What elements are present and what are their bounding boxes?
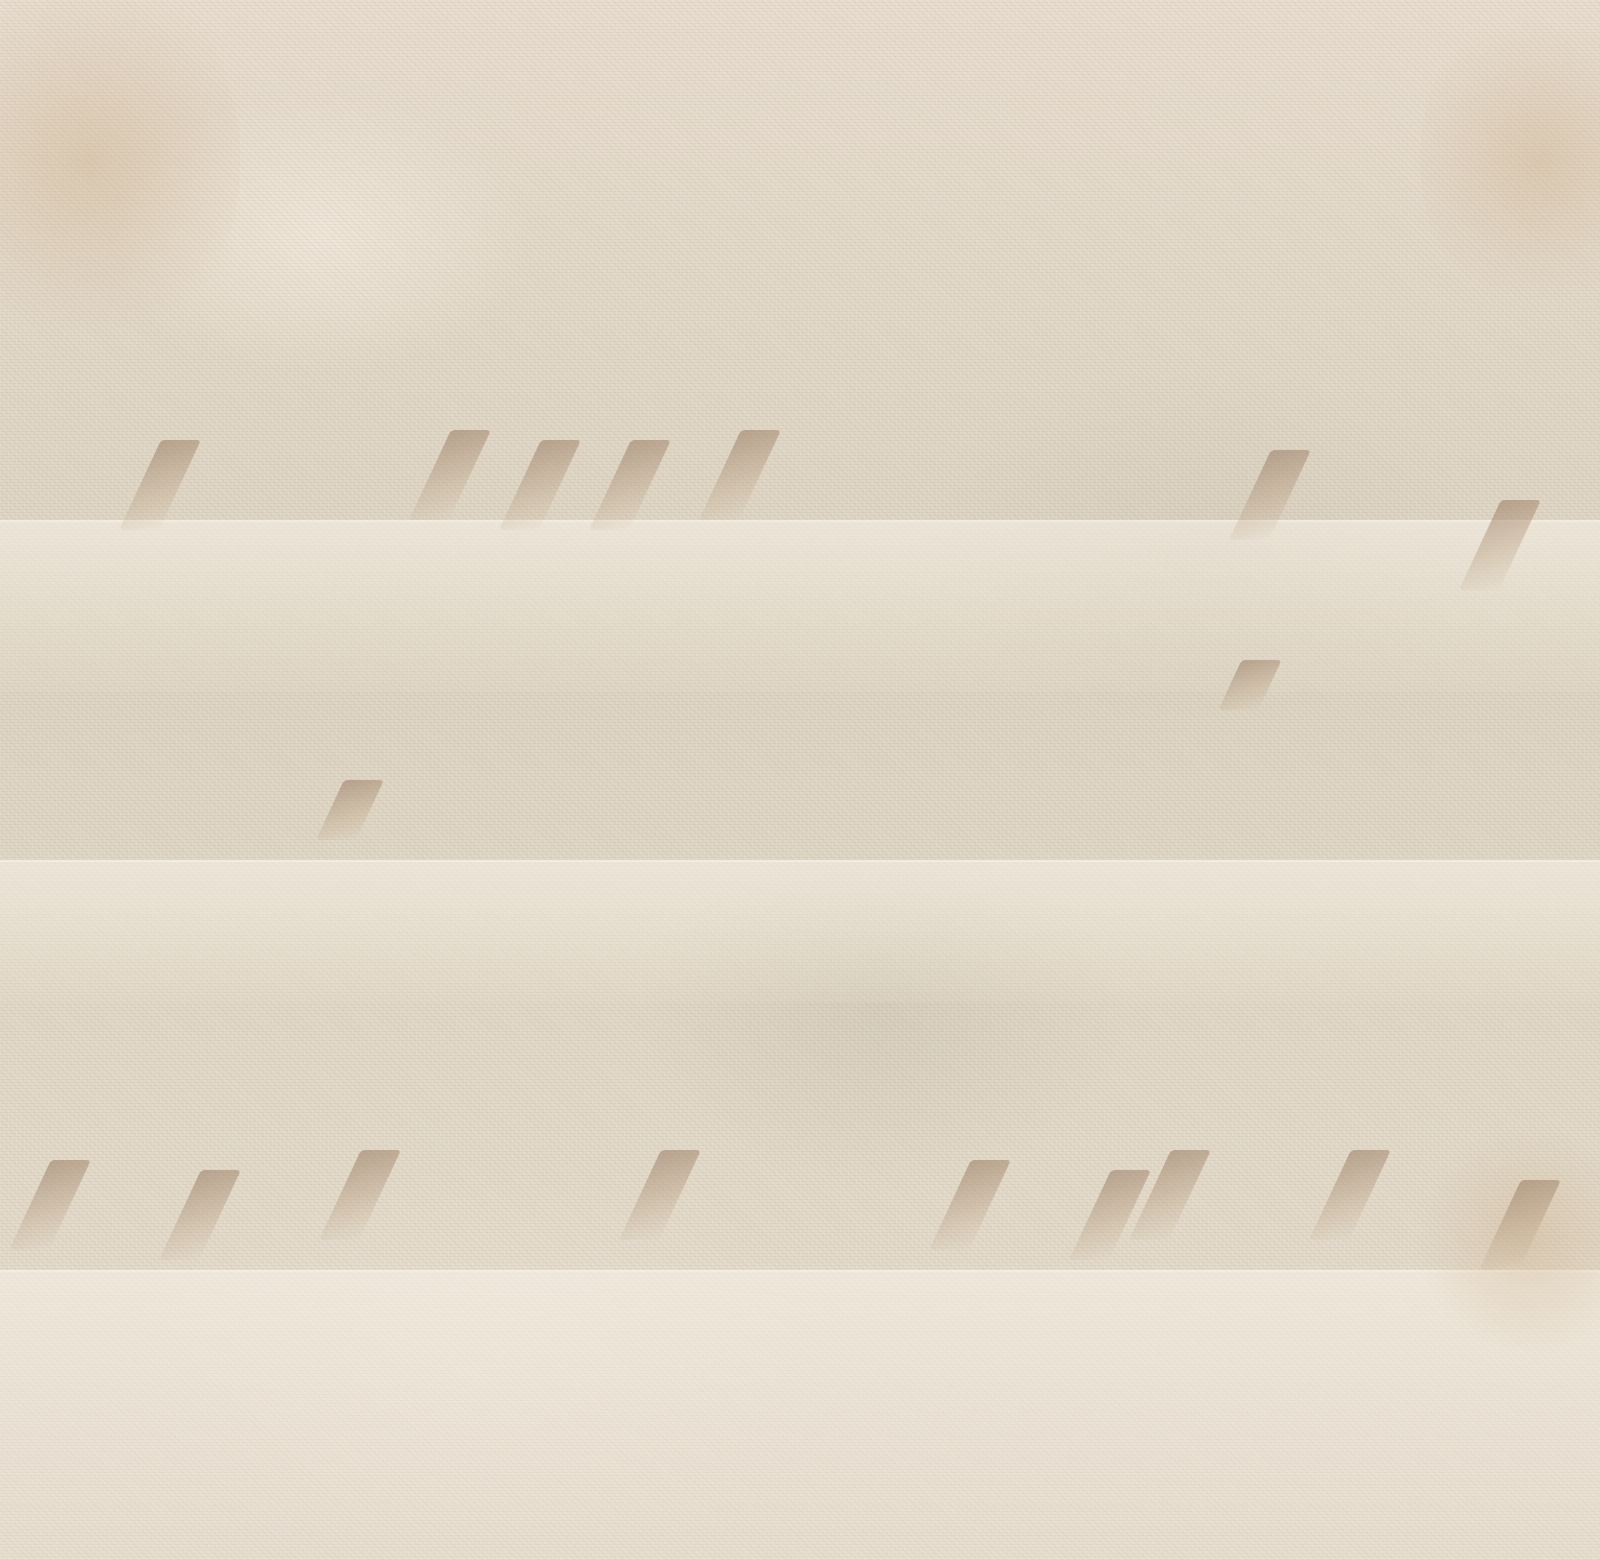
rug-texture-photo — [0, 0, 1600, 1560]
pattern-band-upper — [0, 520, 1600, 692]
pattern-band-middle — [0, 860, 1600, 1002]
pattern-band-lower — [0, 1270, 1600, 1560]
